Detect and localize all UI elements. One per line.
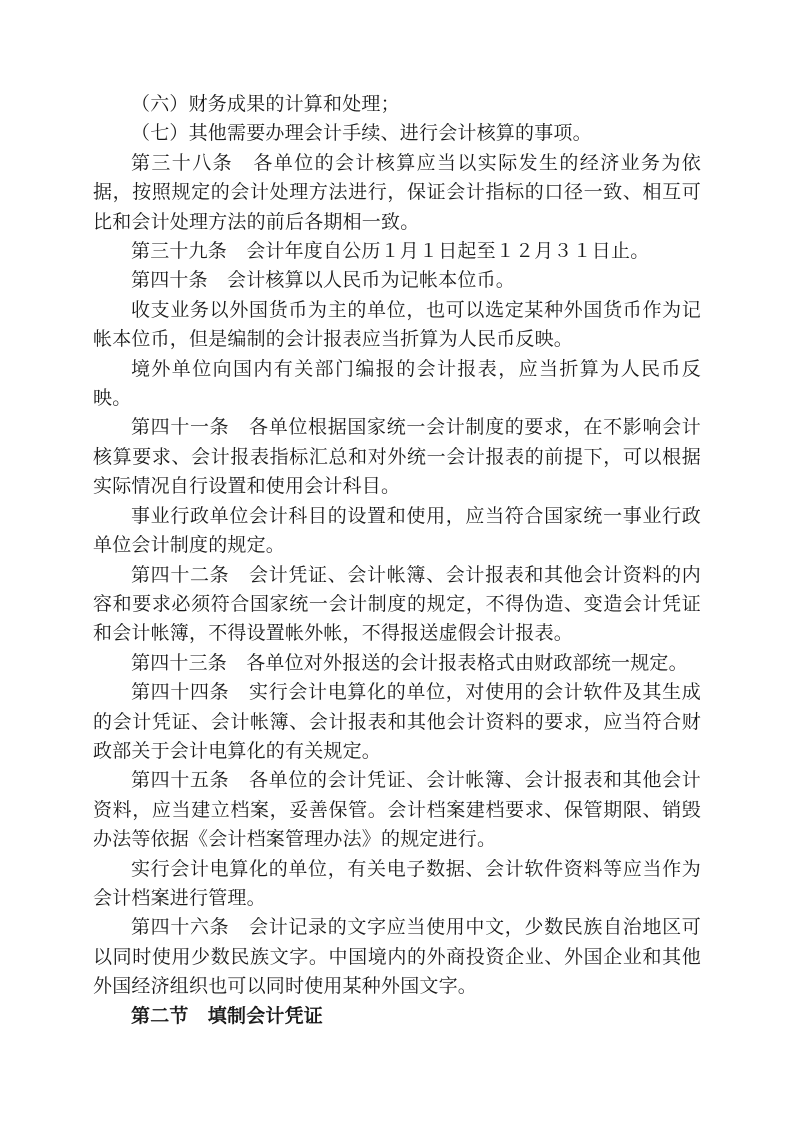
paragraph-item-7: （七）其他需要办理会计手续、进行会计核算的事项。 bbox=[93, 119, 701, 148]
paragraph-article-40: 第四十条 会计核算以人民币为记帐本位币。 bbox=[93, 266, 701, 295]
paragraph-article-46: 第四十六条 会计记录的文字应当使用中文，少数民族自治地区可以同时使用少数民族文字… bbox=[93, 913, 701, 1001]
paragraph-article-42: 第四十二条 会计凭证、会计帐簿、会计报表和其他会计资料的内容和要求必须符合国家统… bbox=[93, 561, 701, 649]
paragraph-article-41-clause-2: 事业行政单位会计科目的设置和使用，应当符合国家统一事业行政单位会计制度的规定。 bbox=[93, 502, 701, 561]
paragraph-article-43: 第四十三条 各单位对外报送的会计报表格式由财政部统一规定。 bbox=[93, 649, 701, 678]
paragraph-item-6: （六）财务成果的计算和处理； bbox=[93, 90, 701, 119]
document-page: （六）财务成果的计算和处理； （七）其他需要办理会计手续、进行会计核算的事项。 … bbox=[0, 0, 793, 1122]
paragraph-article-38: 第三十八条 各单位的会计核算应当以实际发生的经济业务为依据，按照规定的会计处理方… bbox=[93, 149, 701, 237]
document-text-block: （六）财务成果的计算和处理； （七）其他需要办理会计手续、进行会计核算的事项。 … bbox=[93, 90, 701, 1031]
paragraph-article-40-clause-2: 收支业务以外国货币为主的单位，也可以选定某种外国货币作为记帐本位币，但是编制的会… bbox=[93, 296, 701, 355]
paragraph-article-45: 第四十五条 各单位的会计凭证、会计帐簿、会计报表和其他会计资料，应当建立档案，妥… bbox=[93, 766, 701, 854]
paragraph-article-44: 第四十四条 实行会计电算化的单位，对使用的会计软件及其生成的会计凭证、会计帐簿、… bbox=[93, 678, 701, 766]
paragraph-article-40-clause-3: 境外单位向国内有关部门编报的会计报表，应当折算为人民币反映。 bbox=[93, 355, 701, 414]
paragraph-article-45-clause-2: 实行会计电算化的单位，有关电子数据、会计软件资料等应当作为会计档案进行管理。 bbox=[93, 855, 701, 914]
paragraph-article-39: 第三十九条 会计年度自公历１月１日起至１２月３１日止。 bbox=[93, 237, 701, 266]
section-heading: 第二节 填制会计凭证 bbox=[93, 1002, 701, 1031]
paragraph-article-41: 第四十一条 各单位根据国家统一会计制度的要求，在不影响会计核算要求、会计报表指标… bbox=[93, 413, 701, 501]
